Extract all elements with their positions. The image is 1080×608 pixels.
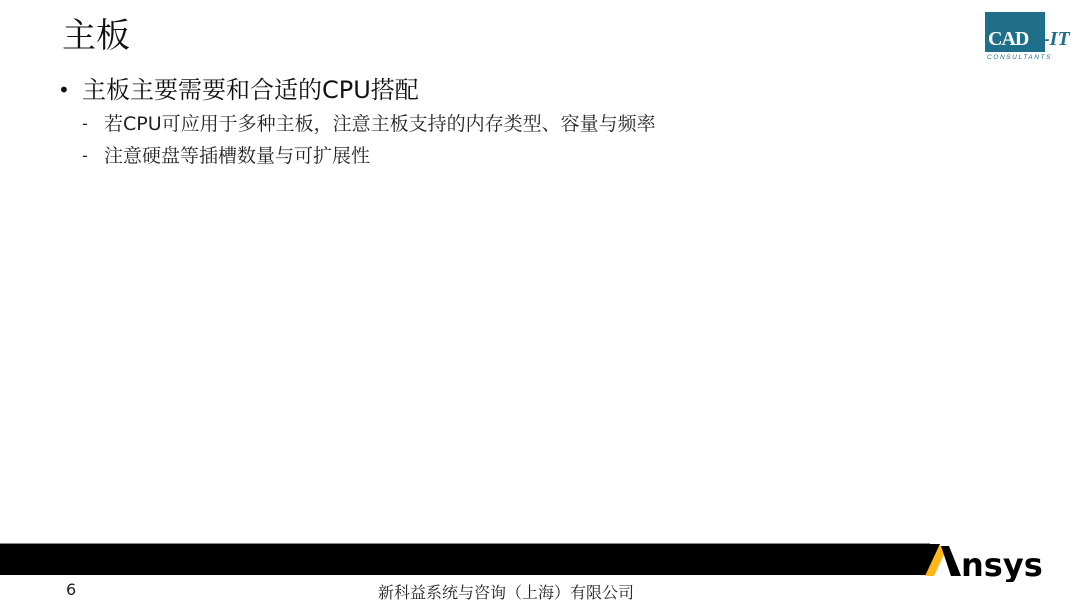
bullet-text: 主板主要需要和合适的CPU搭配 bbox=[82, 72, 419, 108]
sub-bullet-text: 注意硬盘等插槽数量与可扩展性 bbox=[104, 140, 370, 172]
slide-title: 主板 bbox=[62, 12, 130, 60]
sub-bullet-item: - 若CPU可应用于多种主板，注意主板支持的内存类型、容量与频率 bbox=[82, 108, 656, 140]
bullet-item: • 主板主要需要和合适的CPU搭配 bbox=[58, 72, 656, 108]
ansys-logo: nsys bbox=[915, 542, 1055, 582]
ansys-logo-text: nsys bbox=[961, 546, 1043, 582]
ansys-logo-a-icon bbox=[941, 546, 961, 576]
page-number: 6 bbox=[66, 580, 76, 599]
cad-it-logo-it: -IT bbox=[1043, 28, 1070, 51]
slide-content: • 主板主要需要和合适的CPU搭配 - 若CPU可应用于多种主板，注意主板支持的… bbox=[58, 72, 656, 172]
sub-bullet-dash: - bbox=[82, 140, 104, 172]
bullet-dot: • bbox=[58, 72, 82, 108]
cad-it-logo-cad: CAD bbox=[988, 28, 1028, 51]
footer-black-bar bbox=[0, 544, 940, 575]
sub-bullet-text: 若CPU可应用于多种主板，注意主板支持的内存类型、容量与频率 bbox=[104, 108, 656, 140]
footer-company: 新科益系统与咨询（上海）有限公司 bbox=[378, 580, 634, 603]
footer-divider bbox=[0, 543, 930, 544]
cad-it-logo-tagline: CONSULTANTS bbox=[987, 54, 1052, 61]
cad-it-logo: CAD -IT CONSULTANTS bbox=[985, 12, 1075, 64]
sub-bullet-item: - 注意硬盘等插槽数量与可扩展性 bbox=[82, 140, 656, 172]
sub-bullet-dash: - bbox=[82, 108, 104, 140]
